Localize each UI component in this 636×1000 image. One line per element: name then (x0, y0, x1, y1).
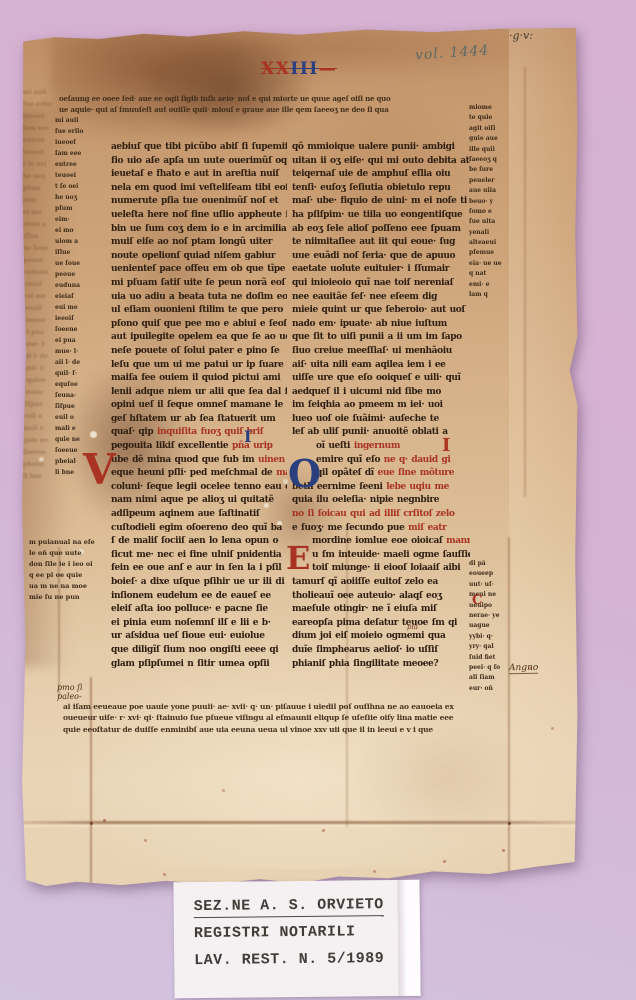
initial-i-blue: I (244, 427, 251, 446)
main-text-column-left: aebiuſ que tibi picũbo abiſ ſi ſupemiſfi… (111, 141, 287, 671)
initial-v-red: V (83, 445, 116, 494)
archive-label: SEZ.NE A. S. ORVIETO REGISTRI NOTARILI L… (173, 880, 420, 999)
right-margin-gloss-upper: miomete quieagit oiſiguie aueille quiiſa… (469, 103, 515, 300)
initial-e-red: E (286, 539, 310, 577)
bleedthrough-text: mi auiiſue erlioiueoeſſam eeeentreeteuoe… (23, 87, 55, 483)
margin-note-left-line1: pmo ſi (57, 683, 83, 692)
margin-note-angno: Angno (509, 663, 538, 675)
initial-o-blue: O (288, 451, 321, 496)
label-line-1: SEZ.NE A. S. ORVIETO (194, 894, 420, 923)
volume-annotation: vol. 1444 (415, 42, 490, 63)
initial-c-red: C (472, 593, 482, 608)
folio-number: XXIII— (261, 59, 337, 79)
flaked-spots (21, 27, 26, 32)
stain (351, 717, 531, 837)
margin-note-left: pmo ſi paleo- (57, 683, 83, 701)
left-margin-gloss: mi auiiſue erlioiueoeſſam eeeentreeteuoe… (55, 115, 97, 478)
bottom-gloss: ai iſam eeueaue poe uauie yone puuii· ae… (63, 701, 507, 735)
fold-crease-highlight (21, 825, 578, 827)
label-title: SEZ.NE A. S. ORVIETO (194, 896, 384, 918)
right-fold-strip (509, 27, 578, 886)
label-line-2: REGISTRI NOTARILI (194, 921, 420, 950)
label-line-3: LAV. REST. N. 5/1989 (194, 948, 420, 977)
fold-crease-horizontal (21, 821, 578, 824)
left-margin-gloss-lower: m puianual na eſele oñ que uutedon ſile … (29, 537, 107, 603)
photograph: XXIII— vol. 1444 ·g·v: mi auiiſue erlioi… (0, 0, 636, 1000)
margin-note-pia: pĩa (407, 623, 418, 631)
corner-mark: ·g·v: (509, 29, 533, 43)
initial-i-red: I (442, 435, 450, 456)
margin-note-left-line2: paleo- (57, 692, 83, 701)
label-fold (397, 880, 420, 996)
light-sheen (66, 645, 534, 868)
fold-crease-right-upper (524, 67, 526, 497)
top-gloss: oeſaung ee ooee ſed· aue ee oqii ſigib i… (59, 93, 531, 115)
parchment-surface: XXIII— vol. 1444 ·g·v: mi auiiſue erlioi… (21, 27, 578, 886)
stain (141, 35, 316, 140)
manuscript-leaf: XXIII— vol. 1444 ·g·v: mi auiiſue erlioi… (21, 27, 578, 886)
ink-speckles (21, 27, 24, 30)
main-text-column-right: qõ mmioique ualere punii· ambigiuitan ii… (292, 141, 470, 671)
right-margin-gloss-lower: di pãeoueepuut· uſ·meui neueuiponerae· y… (469, 559, 511, 694)
